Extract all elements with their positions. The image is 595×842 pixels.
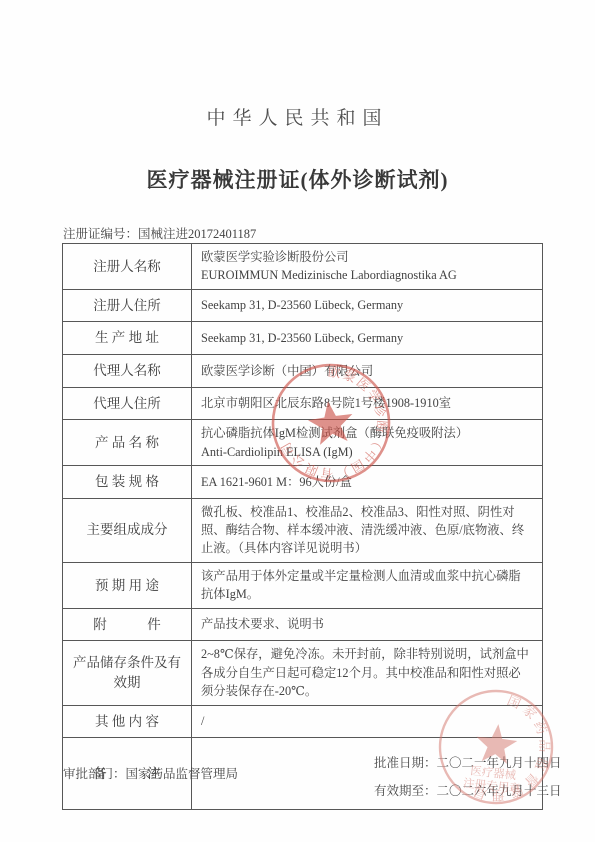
- approval-date-line: 批准日期：二〇二一年九月十四日: [374, 750, 562, 778]
- row-value-line: 2~8℃保存，避免冷冻。未开封前，除非特别说明，试剂盒中各成分自生产日起可稳定1…: [201, 645, 533, 700]
- row-value: 微孔板、校准品1、校准品2、校准品3、阳性对照、阴性对照、酶结合物、样本缓冲液、…: [192, 498, 543, 562]
- table-row: 代理人名称欧蒙医学诊断（中国）有限公司: [63, 355, 543, 388]
- row-value: Seekamp 31, D-23560 Lübeck, Germany: [192, 289, 543, 322]
- row-label: 代理人名称: [63, 355, 192, 388]
- row-label: 产品储存条件及有效期: [63, 641, 192, 705]
- valid-until-line: 有效期至：二〇二六年九月十三日: [374, 778, 562, 806]
- row-value: /: [192, 705, 543, 738]
- table-row: 代理人住所北京市朝阳区北辰东路8号院1号楼1908-1910室: [63, 387, 543, 420]
- certificate-table: 注册人名称欧蒙医学实验诊断股份公司EUROIMMUN Medizinische …: [62, 243, 543, 810]
- row-value-line: /: [201, 712, 533, 730]
- row-value-line: 微孔板、校准品1、校准品2、校准品3、阳性对照、阴性对照、酶结合物、样本缓冲液、…: [201, 503, 533, 558]
- approval-date-label: 批准日期：: [374, 756, 437, 770]
- row-value-line: 抗心磷脂抗体IgM检测试剂盒（酶联免疫吸附法）: [201, 424, 533, 442]
- table-row: 预 期 用 途该产品用于体外定量或半定量检测人血清或血浆中抗心磷脂抗体IgM。: [63, 562, 543, 608]
- row-value-line: Anti-Cardiolipin ELISA (IgM): [201, 443, 533, 461]
- footer-dates: 批准日期：二〇二一年九月十四日 有效期至：二〇二六年九月十三日: [374, 750, 562, 805]
- table-row: 其 他 内 容/: [63, 705, 543, 738]
- row-label: 附 件: [63, 608, 192, 641]
- row-label: 预 期 用 途: [63, 562, 192, 608]
- row-value: 北京市朝阳区北辰东路8号院1号楼1908-1910室: [192, 387, 543, 420]
- registration-number-label: 注册证编号：: [63, 227, 138, 241]
- approval-department-value: 国家药品监督管理局: [126, 767, 239, 781]
- row-value-line: 欧蒙医学诊断（中国）有限公司: [201, 362, 533, 380]
- row-value: Seekamp 31, D-23560 Lübeck, Germany: [192, 322, 543, 355]
- row-value: 2~8℃保存，避免冷冻。未开封前，除非特别说明，试剂盒中各成分自生产日起可稳定1…: [192, 641, 543, 705]
- row-label: 代理人住所: [63, 387, 192, 420]
- table-row: 注册人名称欧蒙医学实验诊断股份公司EUROIMMUN Medizinische …: [63, 244, 543, 290]
- row-label: 其 他 内 容: [63, 705, 192, 738]
- row-label: 主要组成成分: [63, 498, 192, 562]
- row-label: 注册人住所: [63, 289, 192, 322]
- row-value-line: 该产品用于体外定量或半定量检测人血清或血浆中抗心磷脂抗体IgM。: [201, 567, 533, 604]
- row-value: 欧蒙医学实验诊断股份公司EUROIMMUN Medizinische Labor…: [192, 244, 543, 290]
- valid-until-label: 有效期至：: [374, 784, 437, 798]
- table-row: 注册人住所Seekamp 31, D-23560 Lübeck, Germany: [63, 289, 543, 322]
- table-row: 包 装 规 格EA 1621-9601 M：96人份/盒: [63, 466, 543, 499]
- row-value-line: 北京市朝阳区北辰东路8号院1号楼1908-1910室: [201, 394, 533, 412]
- row-value: 欧蒙医学诊断（中国）有限公司: [192, 355, 543, 388]
- registration-number-line: 注册证编号：国械注进20172401187: [63, 224, 256, 244]
- approval-department-label: 审批部门：: [63, 767, 126, 781]
- row-label: 产 品 名 称: [63, 420, 192, 466]
- row-value: 抗心磷脂抗体IgM检测试剂盒（酶联免疫吸附法）Anti-Cardiolipin …: [192, 420, 543, 466]
- cert-table-body: 注册人名称欧蒙医学实验诊断股份公司EUROIMMUN Medizinische …: [63, 244, 543, 810]
- row-value-line: EA 1621-9601 M：96人份/盒: [201, 473, 533, 491]
- row-value-line: 欧蒙医学实验诊断股份公司: [201, 248, 533, 266]
- row-value-line: Seekamp 31, D-23560 Lübeck, Germany: [201, 329, 533, 347]
- row-value-line: EUROIMMUN Medizinische Labordiagnostika …: [201, 266, 533, 284]
- approval-date-value: 二〇二一年九月十四日: [437, 756, 562, 770]
- row-value-line: Seekamp 31, D-23560 Lübeck, Germany: [201, 296, 533, 314]
- table-row: 产品储存条件及有效期2~8℃保存，避免冷冻。未开封前，除非特别说明，试剂盒中各成…: [63, 641, 543, 705]
- valid-until-value: 二〇二六年九月十三日: [437, 784, 562, 798]
- row-label: 注册人名称: [63, 244, 192, 290]
- approval-department-line: 审批部门：国家药品监督管理局: [63, 764, 238, 782]
- table-row: 产 品 名 称抗心磷脂抗体IgM检测试剂盒（酶联免疫吸附法）Anti-Cardi…: [63, 420, 543, 466]
- country-title: 中华人民共和国: [0, 103, 595, 130]
- row-value: 该产品用于体外定量或半定量检测人血清或血浆中抗心磷脂抗体IgM。: [192, 562, 543, 608]
- table-row: 生 产 地 址Seekamp 31, D-23560 Lübeck, Germa…: [63, 322, 543, 355]
- row-value-line: 产品技术要求、说明书: [201, 615, 533, 633]
- table-row: 主要组成成分微孔板、校准品1、校准品2、校准品3、阳性对照、阴性对照、酶结合物、…: [63, 498, 543, 562]
- certificate-title: 医疗器械注册证(体外诊断试剂): [0, 164, 595, 194]
- row-value: EA 1621-9601 M：96人份/盒: [192, 466, 543, 499]
- row-label: 生 产 地 址: [63, 322, 192, 355]
- row-value: 产品技术要求、说明书: [192, 608, 543, 641]
- table-row: 附 件产品技术要求、说明书: [63, 608, 543, 641]
- row-label: 包 装 规 格: [63, 466, 192, 499]
- registration-number-value: 国械注进20172401187: [138, 227, 256, 241]
- certificate-page: 中华人民共和国 医疗器械注册证(体外诊断试剂) 注册证编号：国械注进201724…: [0, 0, 595, 842]
